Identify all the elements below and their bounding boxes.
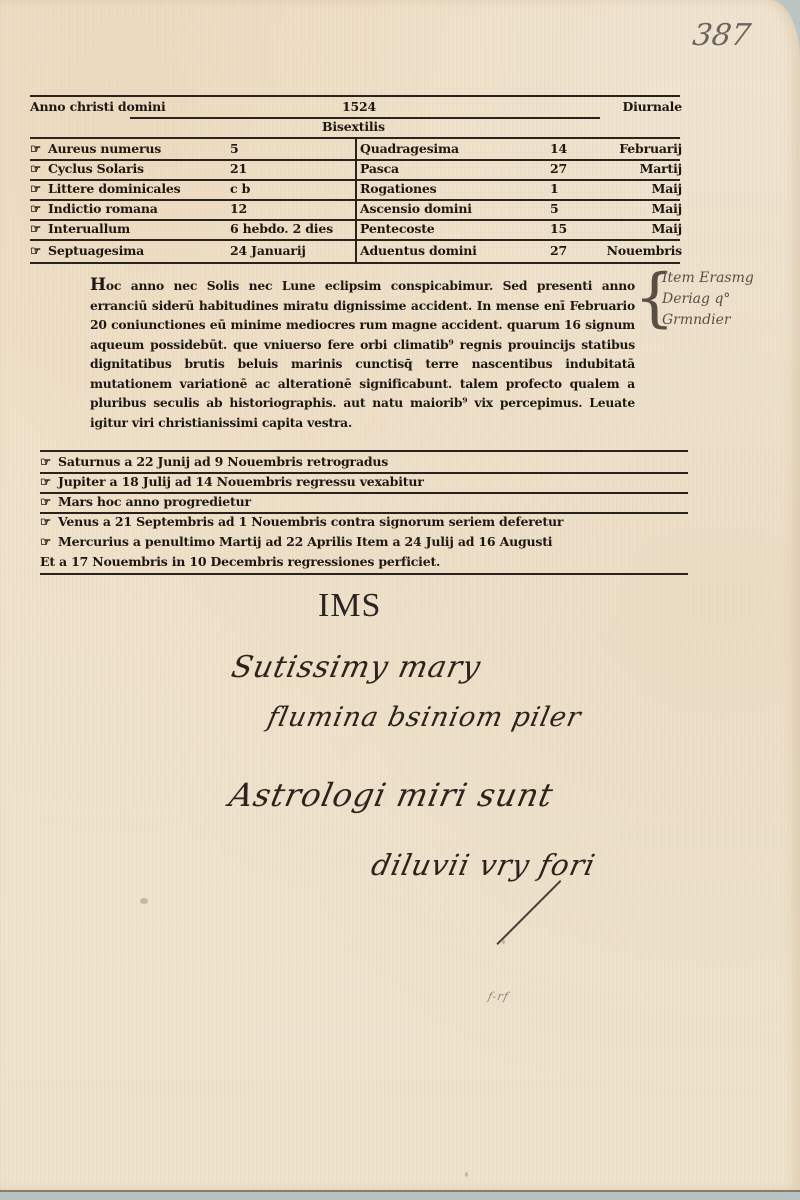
table-rule: [30, 262, 680, 264]
row-value: 12: [230, 199, 247, 219]
planet-row: ☞Saturnus a 22 Junij ad 9 Nouembris retr…: [40, 452, 688, 472]
prognostication-paragraph: Hoc anno nec Solis nec Lune eclipsim con…: [90, 276, 635, 432]
planet-text: Saturnus a 22 Junij ad 9 Nouembris retro…: [58, 454, 388, 469]
handwritten-line: Sutissimy mary: [228, 650, 484, 685]
row-day: 14: [550, 139, 567, 159]
pilcrow-icon: ☞: [40, 512, 58, 532]
planet-text: Mercurius a penultimo Martij ad 22 April…: [58, 534, 552, 549]
table-rule: [40, 573, 688, 575]
pilcrow-icon: ☞: [30, 199, 48, 219]
planet-text: Venus a 21 Septembris ad 1 Nouembris con…: [58, 514, 563, 529]
calendar-row: ☞Cyclus Solaris 21 Pasca 27 Martij: [30, 159, 680, 179]
paper-spot: [465, 1172, 468, 1177]
row-value: 5: [230, 139, 239, 159]
handwritten-line: Astrologi miri sunt: [226, 776, 557, 814]
row-label: Littere dominicales: [48, 181, 180, 196]
row-day: 27: [550, 241, 567, 261]
row-day: 1: [550, 179, 559, 199]
folio-number: 387: [691, 18, 753, 53]
margin-note-line: Item Erasmg: [662, 268, 770, 289]
subheader-bisextilis: Bisextilis: [322, 117, 385, 137]
calendar-subheader: Bisextilis: [30, 117, 680, 137]
row-month: Februarij: [619, 139, 682, 159]
paper-spot: [140, 898, 148, 904]
book-page: 387 Anno christi domini 1524 Diurnale Bi…: [0, 0, 800, 1190]
drop-cap: H: [90, 275, 106, 295]
row-label: Cyclus Solaris: [48, 161, 144, 176]
row-day: 5: [550, 199, 559, 219]
paper-spot: [502, 940, 505, 944]
row-month: Maij: [652, 199, 682, 219]
header-year: 1524: [342, 97, 376, 117]
faint-mark: f-rf: [487, 990, 510, 1003]
row-label: Aureus numerus: [48, 141, 161, 156]
row-feast: Rogationes: [360, 179, 437, 199]
pilcrow-icon: ☞: [40, 492, 58, 512]
row-label: Indictio romana: [48, 201, 158, 216]
calendar-row: ☞Indictio romana 12 Ascensio domini 5 Ma…: [30, 199, 680, 219]
row-month: Martij: [640, 159, 682, 179]
row-month: Nouembris: [607, 241, 682, 261]
row-month: Maij: [652, 219, 682, 239]
header-anno: Anno christi domini: [30, 97, 166, 117]
pilcrow-icon: ☞: [30, 179, 48, 199]
pilcrow-icon: ☞: [40, 472, 58, 492]
row-label: Interuallum: [48, 221, 130, 236]
header-diurnale: Diurnale: [622, 97, 682, 117]
row-value: c b: [230, 179, 250, 199]
pilcrow-icon: ☞: [30, 139, 48, 159]
row-value: 21: [230, 159, 247, 179]
pilcrow-icon: ☞: [40, 452, 58, 472]
pilcrow-icon: ☞: [30, 159, 48, 179]
row-feast: Ascensio domini: [360, 199, 472, 219]
margin-note-line: Grmndier: [662, 310, 770, 331]
paragraph-text: oc anno nec Solis nec Lune eclipsim cons…: [90, 278, 635, 430]
row-value: 6 hebdo. 2 dies: [230, 219, 333, 239]
planet-text: Mars hoc anno progredietur: [58, 494, 251, 509]
planet-row: ☞Jupiter a 18 Julij ad 14 Nouembris regr…: [40, 472, 688, 492]
row-value: 24 Januarij: [230, 241, 306, 261]
planet-row: Et a 17 Nouembris in 10 Decembris regres…: [40, 552, 688, 572]
calendar-row: ☞Aureus numerus 5 Quadragesima 14 Februa…: [30, 139, 680, 159]
row-label: Septuagesima: [48, 243, 144, 258]
row-feast: Pentecoste: [360, 219, 435, 239]
row-feast: Quadragesima: [360, 139, 459, 159]
planet-row: ☞Mars hoc anno progredietur: [40, 492, 688, 512]
pilcrow-icon: ☞: [30, 219, 48, 239]
calendar-header: Anno christi domini 1524 Diurnale: [30, 97, 680, 117]
scan-background: [0, 1190, 800, 1200]
margin-note-line: Deriag q°: [662, 289, 770, 310]
handwritten-line: diluvii vry fori: [368, 848, 598, 882]
brace-flourish-icon: {: [634, 266, 675, 330]
calendar-row: ☞Septuagesima 24 Januarij Aduentus domin…: [30, 241, 680, 261]
margin-annotation: { Item Erasmg Deriag q° Grmndier: [640, 268, 770, 331]
planet-row: ☞Mercurius a penultimo Martij ad 22 Apri…: [40, 532, 688, 552]
row-feast: Aduentus domini: [360, 241, 477, 261]
row-feast: Pasca: [360, 159, 399, 179]
calendar-row: ☞Littere dominicales c b Rogationes 1 Ma…: [30, 179, 680, 199]
handwritten-line: flumina bsiniom piler: [265, 702, 585, 733]
planet-text: Jupiter a 18 Julij ad 14 Nouembris regre…: [58, 474, 424, 489]
ims-stamp: IMS: [318, 587, 381, 625]
planet-text: Et a 17 Nouembris in 10 Decembris regres…: [40, 554, 440, 569]
pilcrow-icon: ☞: [40, 532, 58, 552]
row-month: Maij: [652, 179, 682, 199]
row-day: 15: [550, 219, 567, 239]
pilcrow-icon: ☞: [30, 241, 48, 261]
pen-stroke: [496, 880, 561, 945]
row-day: 27: [550, 159, 567, 179]
planet-row: ☞Venus a 21 Septembris ad 1 Nouembris co…: [40, 512, 688, 532]
calendar-row: ☞Interuallum 6 hebdo. 2 dies Pentecoste …: [30, 219, 680, 239]
